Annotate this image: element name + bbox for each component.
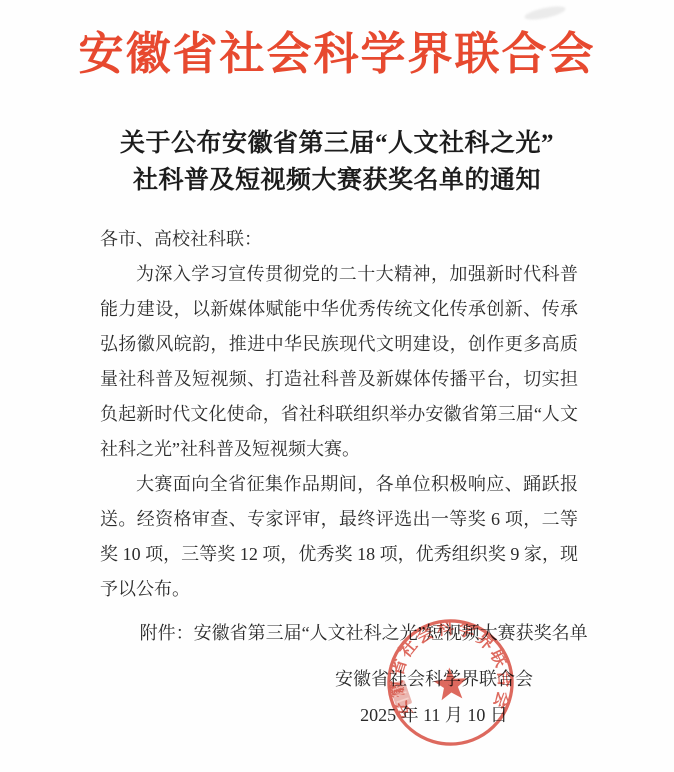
- signature-org: 安徽省社会科学界联合会: [335, 661, 533, 697]
- attachment-line: 附件：安徽省第三届“人文社科之光”短视频大赛获奖名单: [100, 616, 578, 651]
- document-title: 关于公布安徽省第三届“人文社科之光” 社科普及短视频大赛获奖名单的通知: [0, 125, 674, 199]
- document-title-line2: 社科普及短视频大赛获奖名单的通知: [0, 162, 674, 199]
- signature-date: 2025 年 11 月 10 日: [335, 697, 533, 733]
- signature-block: 安徽省社会科学界联合会 2025 年 11 月 10 日: [335, 661, 533, 733]
- salutation: 各市、高校社科联：: [100, 222, 578, 257]
- letterhead-title: 安徽省社会科学界联合会: [0, 0, 674, 83]
- document-body: 各市、高校社科联： 为深入学习宣传贯彻党的二十大精神，加强新时代科普能力建设，以…: [100, 222, 578, 651]
- document-page: 安徽省社会科学界联合会 关于公布安徽省第三届“人文社科之光” 社科普及短视频大赛…: [0, 0, 674, 772]
- paragraph-2: 大赛面向全省征集作品期间，各单位积极响应、踊跃报送。经资格审查、专家评审，最终评…: [100, 467, 578, 607]
- document-title-line1: 关于公布安徽省第三届“人文社科之光”: [0, 125, 674, 162]
- paragraph-1: 为深入学习宣传贯彻党的二十大精神，加强新时代科普能力建设，以新媒体赋能中华优秀传…: [100, 257, 578, 467]
